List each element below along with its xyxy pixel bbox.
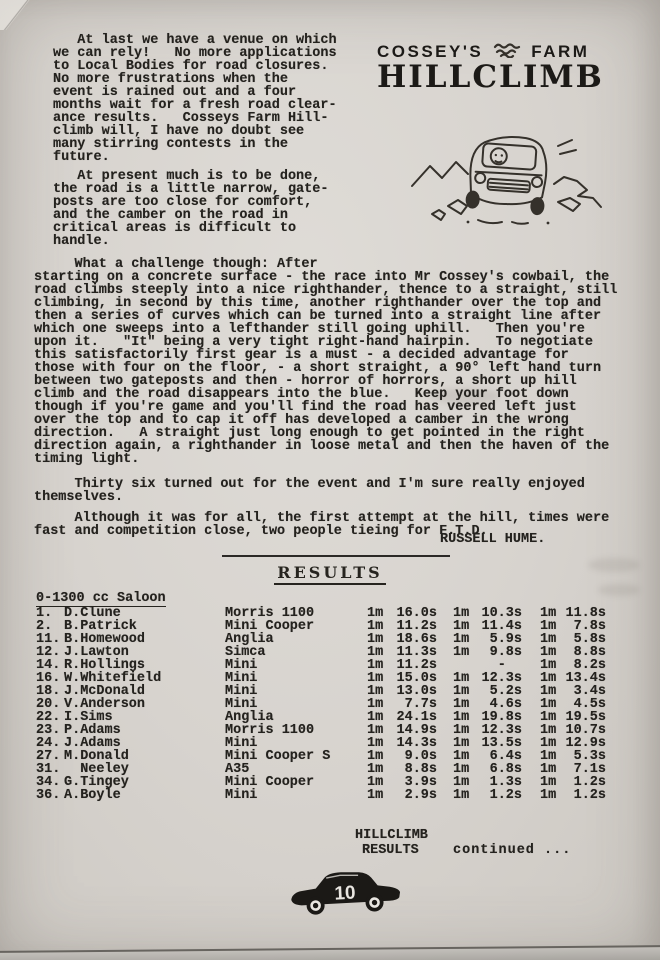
car-cartoon-illustration	[408, 122, 618, 237]
results-heading-wrap: RESULTS	[0, 564, 660, 585]
paragraph-1: At last we have a venue on which we can …	[53, 34, 337, 164]
page-fold-corner	[0, 0, 40, 30]
footer-continued-label: continued ...	[453, 844, 571, 857]
class-heading: 0-1300 cc Saloon	[36, 592, 166, 607]
results-divider	[222, 555, 450, 557]
run1-seconds: 2.9s	[373, 789, 437, 802]
run2-seconds: 1.2s	[458, 789, 522, 802]
results-table: 1. D.Clune Morris 1100 1m 16.0s 1m 10.3s…	[0, 607, 660, 802]
byline: RUSSELL HUME.	[440, 533, 545, 546]
car-number: 10	[334, 883, 356, 905]
masthead-subtitle: HILLCLIMB	[377, 62, 604, 92]
page-scan: COSSEY'S FARM HILLCLIMB	[0, 0, 660, 960]
paper-smudge	[598, 584, 640, 596]
car-model-cell: Mini	[225, 789, 257, 802]
paragraph-2: At present much is to be done, the road …	[53, 170, 328, 248]
race-car-illustration: 10	[285, 866, 407, 925]
paragraph-3: What a challenge though: After starting …	[34, 258, 617, 466]
footer-hillclimb-label: HILLCLIMB	[355, 829, 428, 842]
run3-seconds: 1.2s	[543, 789, 606, 802]
masthead: COSSEY'S FARM HILLCLIMB	[377, 42, 604, 92]
driver-name-cell: A.Boyle	[64, 789, 121, 802]
paragraph-4: Thirty six turned out for the event and …	[34, 478, 585, 504]
table-row: 36. A.Boyle Mini 1m 2.9s 1m 1.2s 1m 1.2s	[0, 789, 660, 802]
position-cell: 36.	[36, 789, 60, 802]
results-heading: RESULTS	[274, 564, 385, 585]
footer-results-label: RESULTS	[362, 844, 419, 857]
page-bottom-edge	[0, 945, 660, 960]
